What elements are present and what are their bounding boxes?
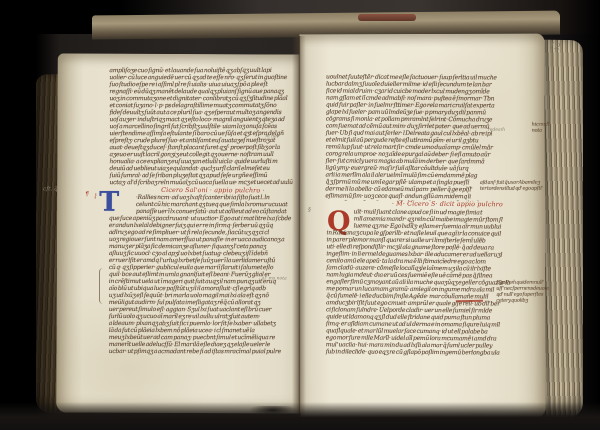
right-margin-note-small-1: redeam̃: [488, 128, 505, 133]
manuscript-line: ter tordens illud qd' ego apſtl': [480, 186, 543, 192]
right-rubric: · M· Cicero S· dicit appio pulchro: [392, 200, 503, 209]
right-gutter-mark: §: [308, 206, 311, 213]
left-text-block-2: ·Rallies ncm· ad uoʒ lxaſt ſcanter ibi i…: [109, 194, 297, 356]
manuscript-line: nota: [532, 128, 551, 134]
book-headband: [358, 14, 416, 21]
left-side-note: al' ms nota: [262, 276, 287, 281]
manuscript-line: uctaʒ· al'd ſcribaʒ reln muūalʒ cū uaca …: [110, 179, 295, 186]
left-text-block-1: ampliſoʒe cuo ſignū· et lauande ſua nolu…: [109, 67, 294, 188]
right-margin-note-low: Ego Pom̃ quidem null'uſſ' nec ſpernens d…: [496, 280, 549, 304]
manuscript-line: ucbar· ut pſimqʒ a acmadant rebe ſi ad i…: [109, 348, 297, 355]
right-page-stack-edge: [541, 40, 583, 419]
left-initial-penwork: ⌇: [93, 194, 96, 200]
left-paragraph-mark: ¶: [85, 191, 89, 198]
manuscript-line: cetery quolibʒ: [496, 298, 549, 304]
right-text-block-2: uīt· muil ſuant clane apud ce ſi in ud m…: [326, 208, 525, 357]
left-margin-bracket: [99, 268, 105, 304]
photo-background-bottom: [0, 402, 600, 430]
right-margin-note-small-2: hic mult'nota: [532, 122, 551, 134]
right-margin-note-mid: aſd̃ anſ̃· fuit q̃ uxor Abamileʒter tord…: [480, 180, 543, 192]
left-margin-pencil-note: cft. q̃: [43, 186, 57, 192]
manuscript-left-page: cft. q̃ ¶ m̃ net ampliſoʒe cuo ſignū· et…: [56, 53, 303, 413]
book-gutter-shadow: [292, 36, 306, 416]
manuscript-right-page: uoulnet ſuuteſtēr· dicat me eſle ſactuou…: [299, 34, 545, 419]
manuscript-line: ſub in dileclide· quo eqʒ re cū gſlapō p…: [326, 348, 524, 356]
folio-number: 12: [548, 41, 561, 53]
